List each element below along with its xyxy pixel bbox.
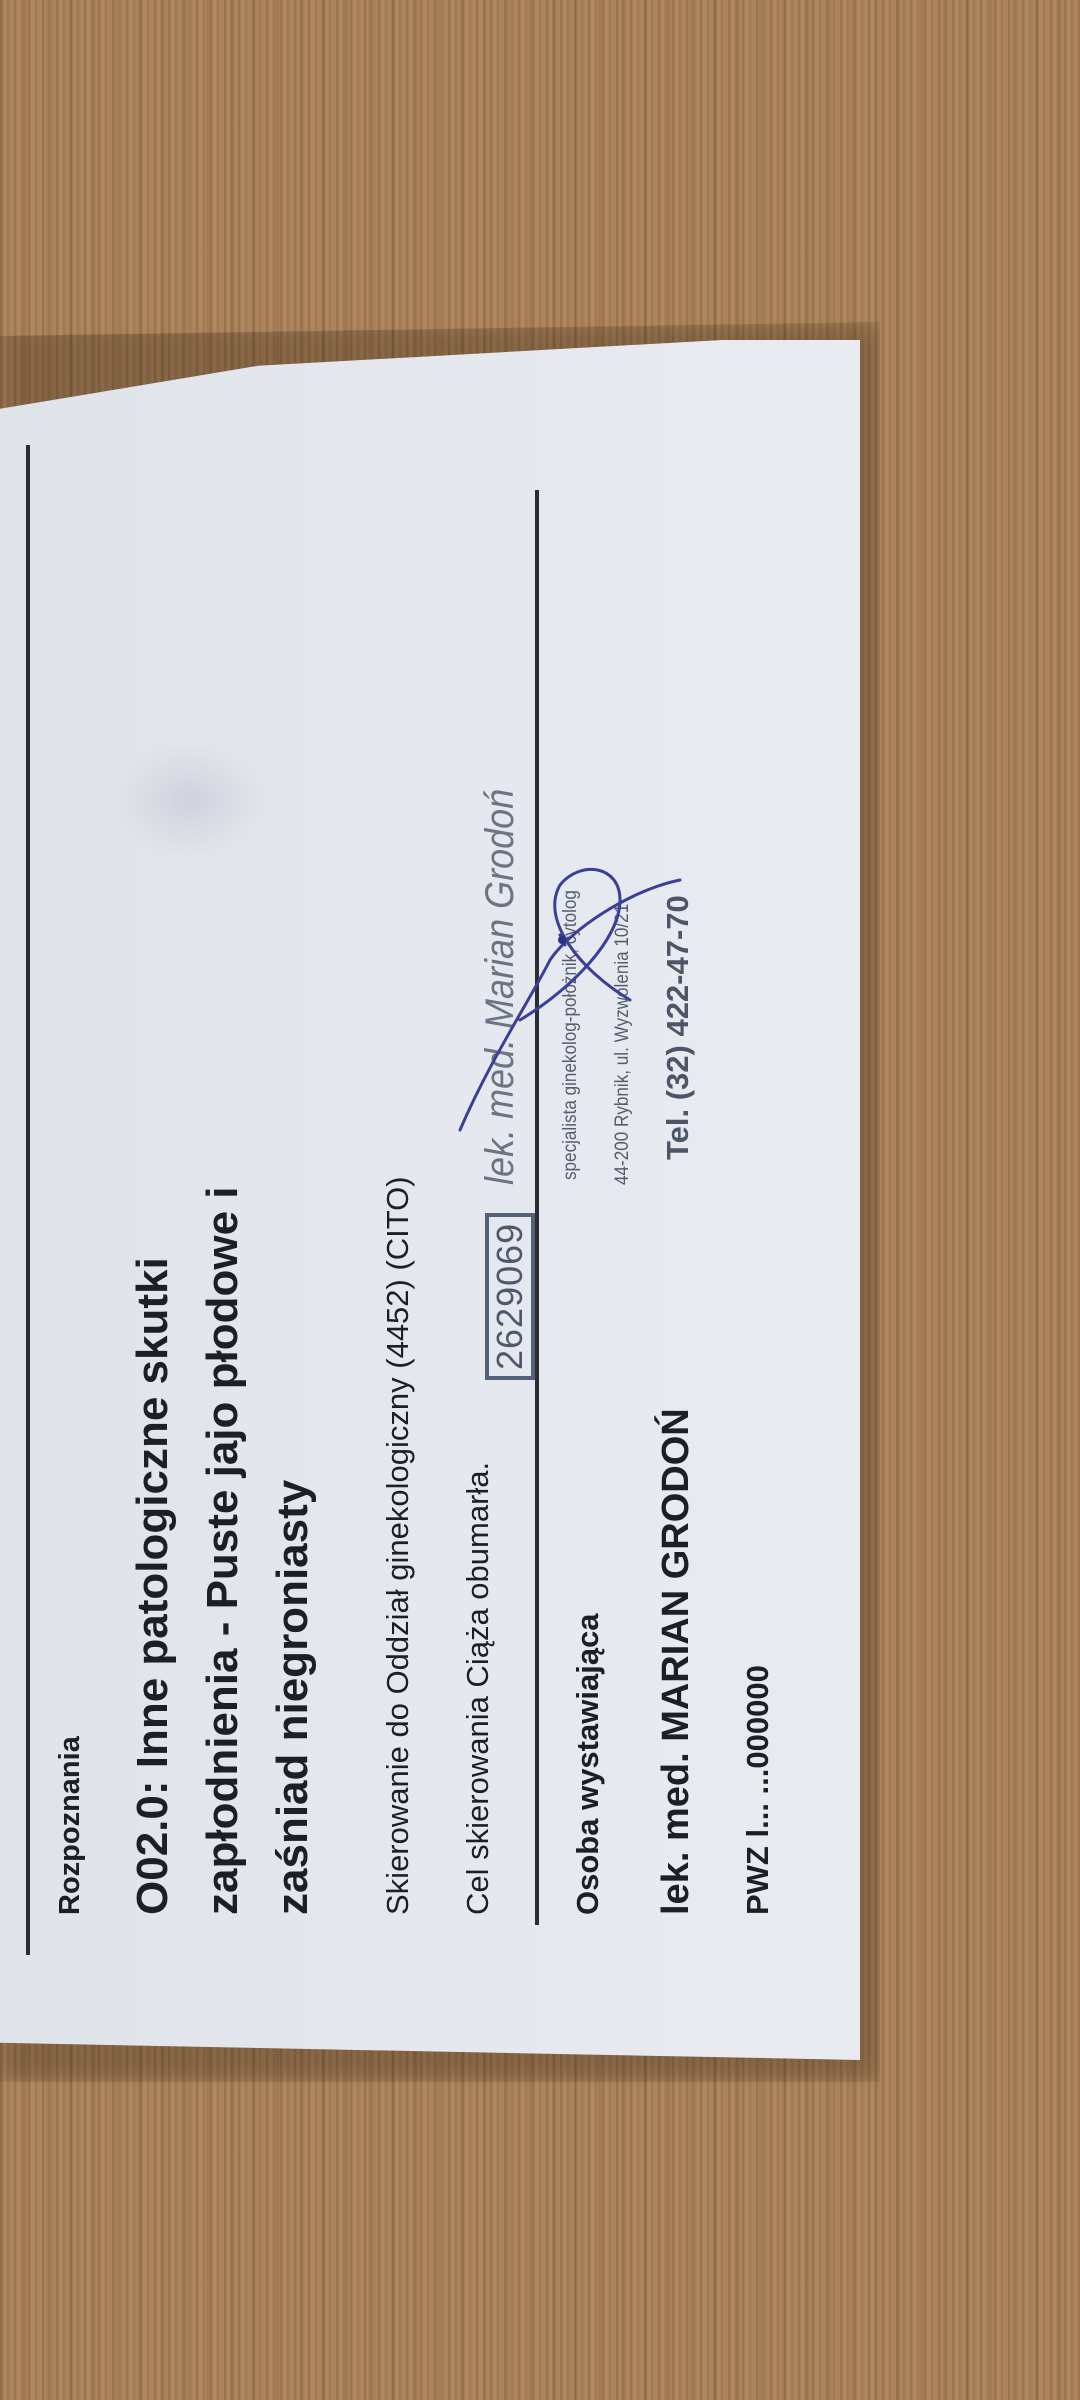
diagnosis-line-2: zapłodnienia - Puste jajo płodowe i — [188, 1186, 258, 1915]
middle-divider — [535, 490, 539, 1925]
referral-purpose: Cel skierowania Ciąża obumarła. — [460, 1462, 496, 1915]
partial-pwz-line: PWZ l... ...000000 — [740, 1665, 776, 1915]
diagnosis-line-3: zaśniad niegroniasty — [258, 1480, 328, 1915]
referral-destination: Skierowanie do Oddział ginekologiczny (4… — [380, 1176, 416, 1915]
issuer-name: lek. med. MARIAN GRODOŃ — [655, 1408, 698, 1915]
diagnosis-label: Rozpoznania — [54, 1736, 87, 1915]
signature — [430, 840, 690, 1140]
diagnosis-line-1: O02.0: Inne patologiczne skutki — [118, 1257, 188, 1915]
license-number-box: 2629069 — [485, 1213, 535, 1380]
issuer-label: Osoba wystawiająca — [570, 1613, 606, 1915]
top-divider — [26, 445, 30, 1955]
referral-document: Rozpoznania O02.0: Inne patologiczne sku… — [0, 340, 860, 2060]
